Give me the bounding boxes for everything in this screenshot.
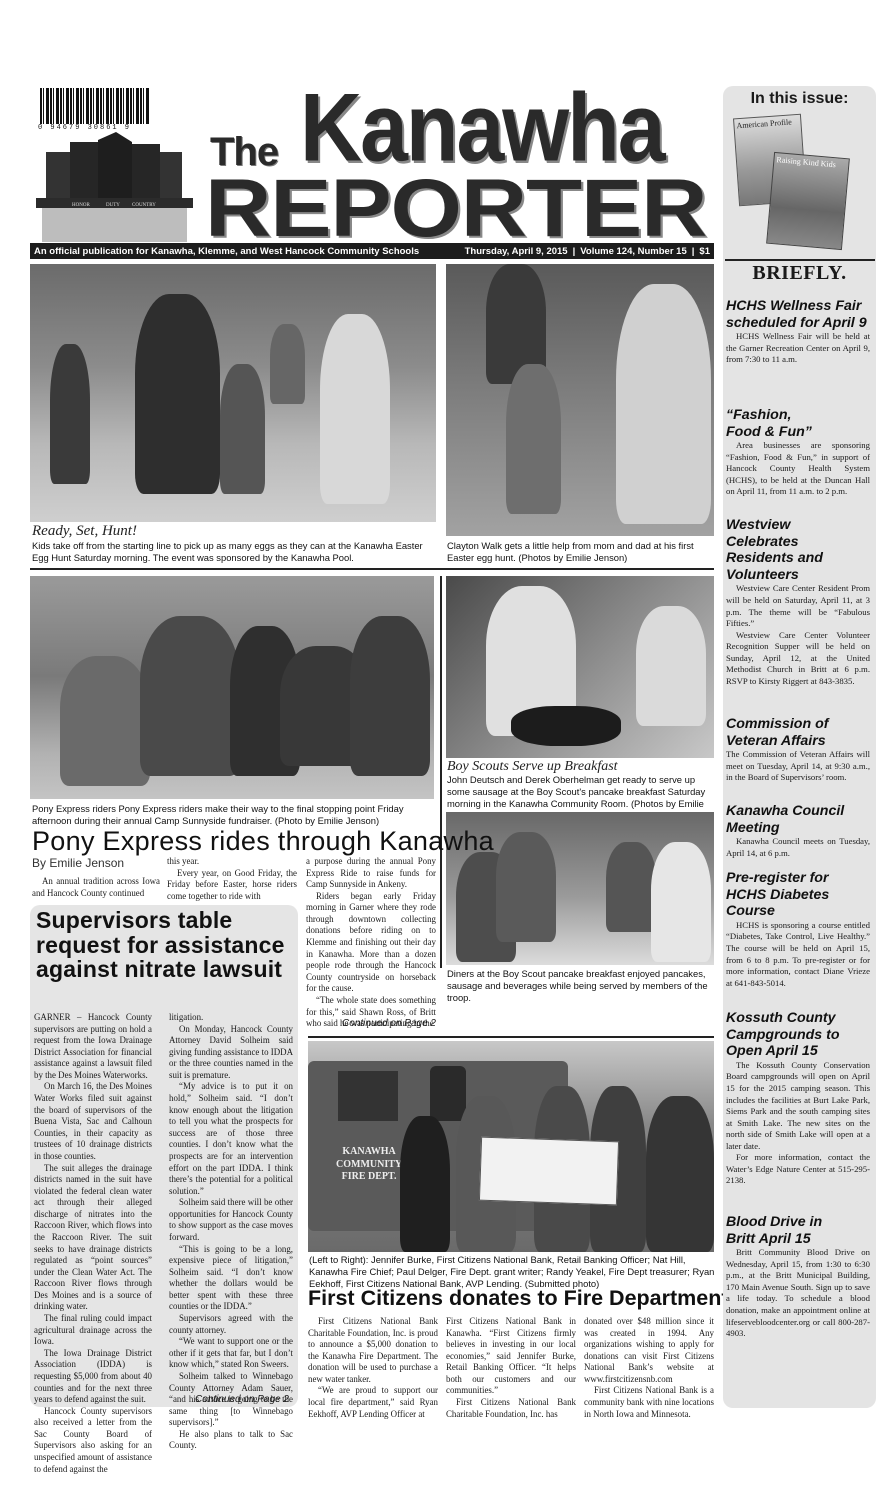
supervisors-column-2: litigation. On Monday, Hancock County At… <box>169 1012 293 1452</box>
pony-express-photo <box>30 576 434 799</box>
brief-item: Blood Drive in Britt April 15 Britt Comm… <box>726 1214 870 1340</box>
section-divider <box>308 1036 714 1038</box>
brief-item: Kanawha Council Meeting Kanawha Council … <box>726 803 870 859</box>
issue-price: $1 <box>699 246 710 257</box>
brief-item: Pre-register for HCHS Diabetes Course HC… <box>726 870 870 989</box>
clayton-walk-photo <box>446 264 714 536</box>
briefly-heading: BRIEFLY. <box>723 262 876 285</box>
barcode <box>40 88 150 124</box>
issue-volume: Volume 124, Number 15 <box>580 246 686 257</box>
pony-express-continued-link[interactable]: Continued on Page 2 <box>306 1018 436 1029</box>
first-citizens-column-3: donated over $48 million since it was cr… <box>584 1316 714 1420</box>
pony-express-column-2: this year. Every year, on Good Friday, t… <box>167 856 297 902</box>
brief-item: Kossuth County Campgrounds to Open April… <box>726 1010 870 1187</box>
insert-magazine-cover[interactable]: Raising Kind Kids <box>766 152 850 250</box>
svg-text:HONOR: HONOR <box>72 203 90 208</box>
easter-hunt-caption: Kids take off from the starting line to … <box>32 540 437 564</box>
first-citizens-column-2: First Citizens National Bank in Kanawha.… <box>446 1316 576 1420</box>
masthead-title-kanawha: Kanawha <box>300 80 664 176</box>
pony-express-byline: By Emilie Jenson <box>32 856 124 870</box>
pony-express-caption: Pony Express riders Pony Express riders … <box>32 803 437 827</box>
veterans-memorial-image: HONOR DUTY COUNTRY <box>32 130 197 242</box>
brief-item: “Fashion, Food & Fun” Area businesses ar… <box>726 407 870 498</box>
column-divider <box>440 576 442 968</box>
donation-check <box>479 1137 619 1206</box>
supervisors-continued-link[interactable]: Continued on Page 2 <box>169 1394 289 1405</box>
boy-scouts-photo-title: Boy Scouts Serve up Breakfast <box>447 759 618 775</box>
masthead-title-reporter: REPORTER <box>205 168 706 250</box>
fire-dept-donation-photo: KANAWHA COMMUNITY FIRE DEPT. <box>308 1041 714 1252</box>
boy-scouts-breakfast-photo <box>446 576 714 758</box>
pony-express-column-1: An annual tradition across Iowa and Hanc… <box>32 876 160 899</box>
supervisors-column-1: GARNER – Hancock County supervisors are … <box>34 1012 152 1475</box>
dateline-bar: An official publication for Kanawha, Kle… <box>30 243 714 259</box>
brief-item: Commission of Veteran Affairs The Commis… <box>726 716 870 784</box>
diners-caption: Diners at the Boy Scout pancake breakfas… <box>447 968 715 1004</box>
issue-date: Thursday, April 9, 2015 <box>465 246 568 257</box>
briefly-divider <box>725 259 875 261</box>
brief-item: Westview Celebrates Residents and Volunt… <box>726 517 870 688</box>
issue-info: Thursday, April 9, 2015|Volume 124, Numb… <box>465 246 710 257</box>
easter-egg-hunt-photo <box>30 264 436 522</box>
fire-truck-lettering: KANAWHA COMMUNITY FIRE DEPT. <box>336 1146 402 1184</box>
first-citizens-headline: First Citizens donates to Fire Departmen… <box>308 1286 714 1311</box>
first-citizens-column-1: First Citizens National Bank Charitable … <box>308 1316 438 1420</box>
supervisors-headline: Supervisors table request for assistance… <box>36 908 298 982</box>
pony-express-column-3: a purpose during the annual Pony Express… <box>306 856 436 1030</box>
easter-hunt-photo-title: Ready, Set, Hunt! <box>32 523 137 540</box>
svg-text:DUTY: DUTY <box>106 203 120 208</box>
pony-express-headline: Pony Express rides through Kanawha <box>32 826 494 857</box>
fire-dept-caption: (Left to Right): Jennifer Burke, First C… <box>309 1254 715 1290</box>
tagline: An official publication for Kanawha, Kle… <box>34 246 419 257</box>
in-this-issue-label: In this issue: <box>723 90 876 108</box>
svg-text:COUNTRY: COUNTRY <box>132 203 156 208</box>
section-divider <box>30 568 714 570</box>
brief-item: HCHS Wellness Fair scheduled for April 9… <box>726 298 870 366</box>
clayton-walk-caption: Clayton Walk gets a little help from mom… <box>447 540 715 564</box>
